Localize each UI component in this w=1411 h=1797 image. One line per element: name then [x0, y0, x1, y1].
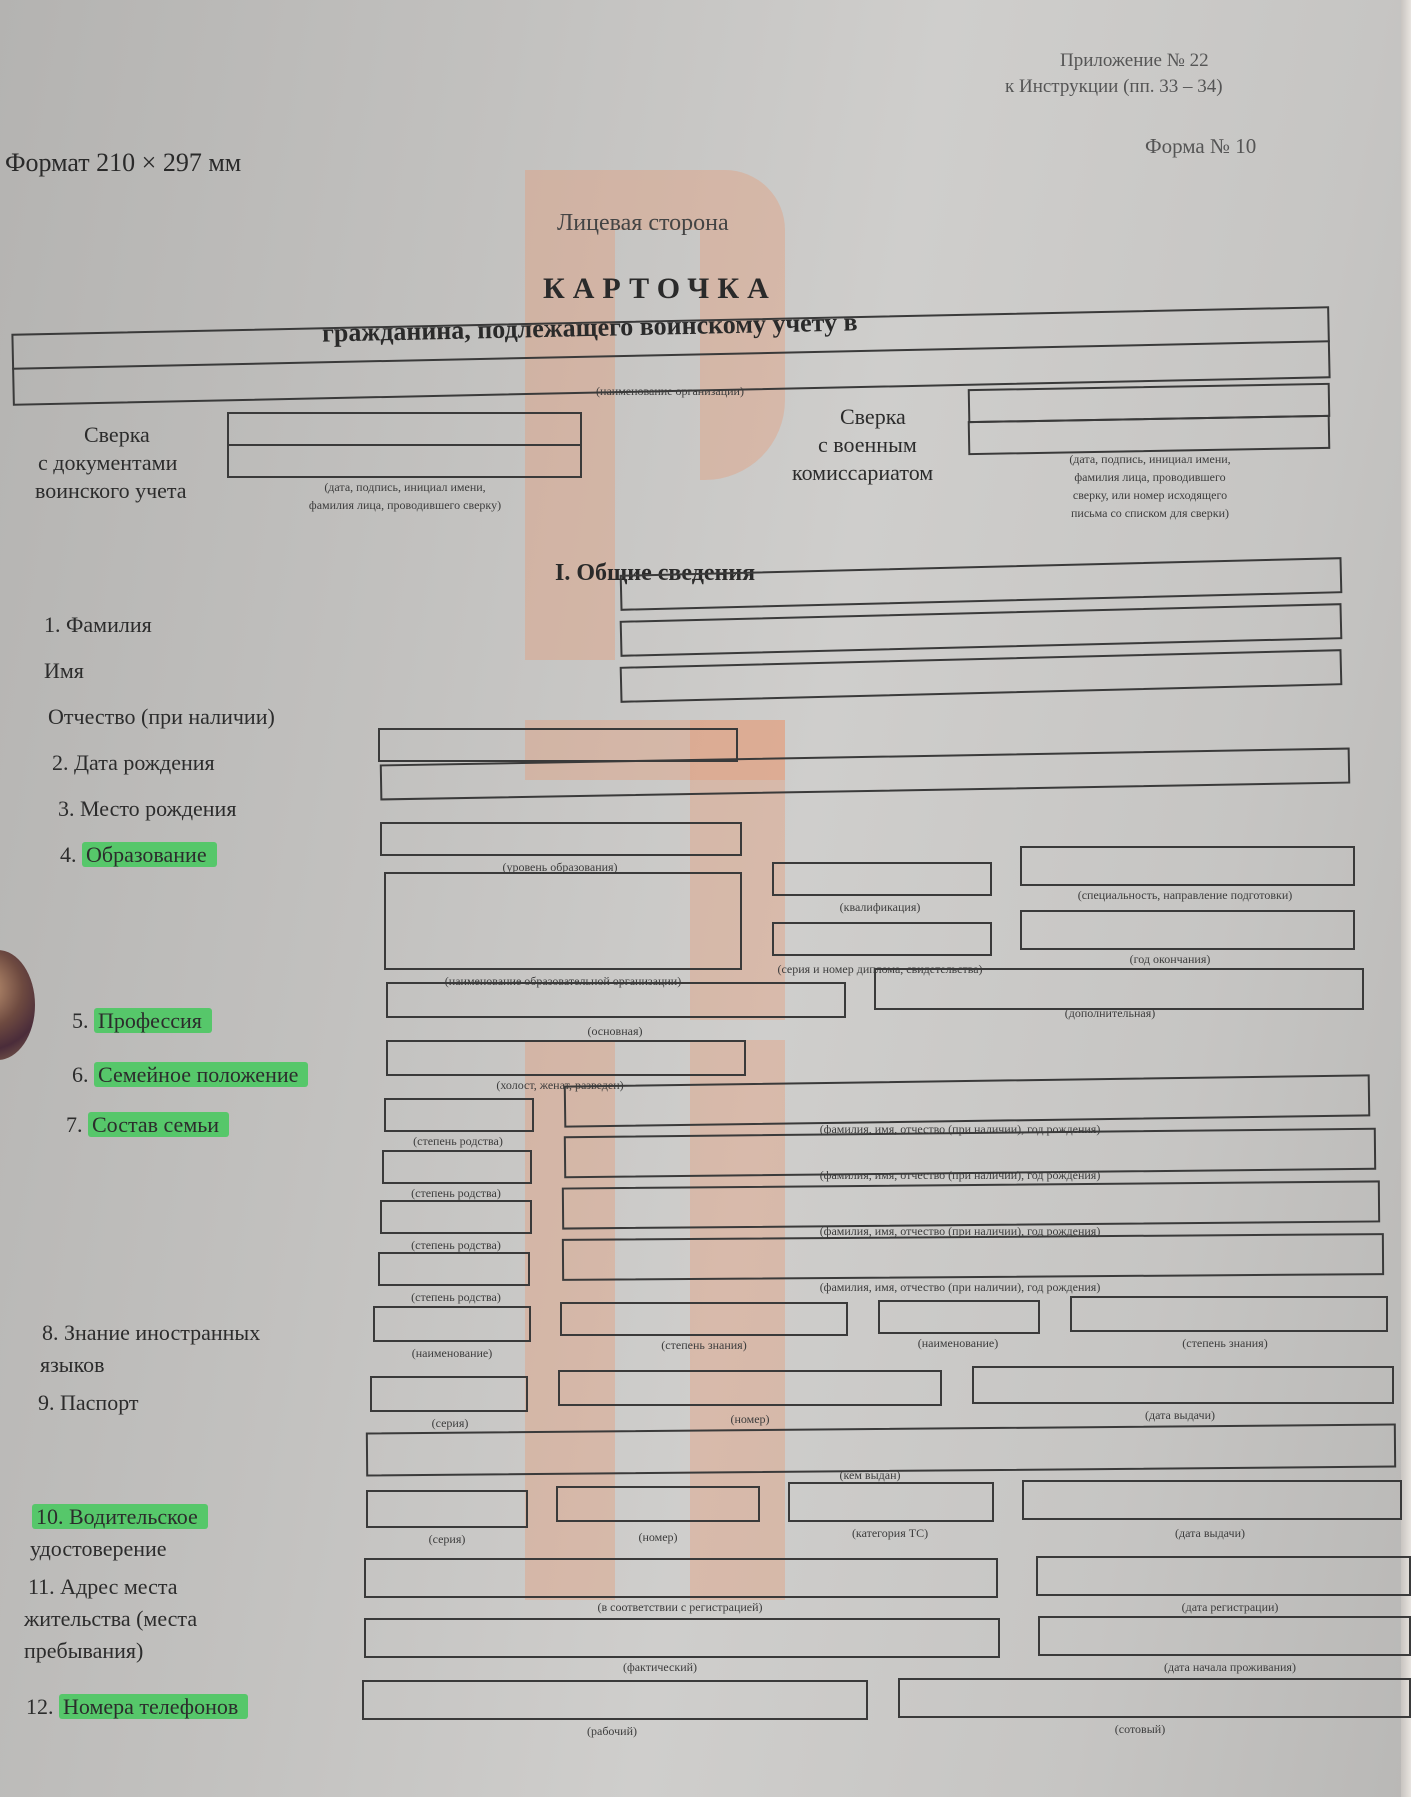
- kinship-field-2[interactable]: [382, 1150, 532, 1184]
- kinship-caption-1: (степень родства): [413, 1134, 503, 1149]
- kinship-field-4[interactable]: [378, 1252, 530, 1286]
- education-highlight: Образование: [82, 842, 217, 867]
- relative-field-4[interactable]: [562, 1233, 1384, 1281]
- family-label: 7. Состав семьи: [66, 1112, 229, 1138]
- format-label: Формат 210 × 297 мм: [5, 148, 241, 178]
- phone-work-field[interactable]: [362, 1680, 868, 1720]
- edu-org-field[interactable]: [384, 872, 742, 970]
- license-label-1: 10. Водительское: [32, 1504, 208, 1530]
- docs-recon-label-1: Сверка: [84, 422, 150, 448]
- passport-series-field[interactable]: [370, 1376, 528, 1412]
- lang-level-caption-1: (степень знания): [661, 1338, 746, 1353]
- surname-label: 1. Фамилия: [44, 612, 152, 638]
- side-label: Лицевая сторона: [557, 210, 729, 237]
- phones-label: 12. Номера телефонов: [26, 1694, 248, 1720]
- lang-name-caption-1: (наименование): [412, 1346, 493, 1361]
- phones-highlight: Номера телефонов: [59, 1694, 248, 1719]
- license-date-caption: (дата выдачи): [1175, 1526, 1245, 1541]
- kinship-field-1[interactable]: [384, 1098, 534, 1132]
- marital-number: 6.: [72, 1062, 89, 1087]
- birth-date-label: 2. Дата рождения: [52, 750, 215, 776]
- residence-start-caption: (дата начала проживания): [1164, 1660, 1296, 1675]
- license-category-field[interactable]: [788, 1482, 994, 1522]
- comm-recon-caption-2: фамилия лица, проводившего: [1074, 470, 1225, 485]
- profession-additional-caption: (дополнительная): [1065, 1006, 1156, 1021]
- marital-field[interactable]: [386, 1040, 746, 1076]
- education-level-field[interactable]: [380, 822, 742, 856]
- profession-additional-field[interactable]: [874, 968, 1364, 1010]
- comm-recon-caption-3: сверку, или номер исходящего: [1073, 488, 1227, 503]
- address-actual-caption: (фактический): [623, 1660, 697, 1675]
- reg-date-field[interactable]: [1036, 1556, 1411, 1596]
- page-edge: [1401, 0, 1411, 1797]
- marital-label: 6. Семейное положение: [72, 1062, 308, 1088]
- address-actual-field[interactable]: [364, 1618, 1000, 1658]
- residence-start-field[interactable]: [1038, 1616, 1411, 1656]
- card-title: КАРТОЧКА: [543, 272, 777, 306]
- passport-number-caption: (номер): [730, 1412, 769, 1427]
- birth-date-field[interactable]: [378, 728, 738, 762]
- kinship-caption-2: (степень родства): [411, 1186, 501, 1201]
- passport-date-field[interactable]: [972, 1366, 1394, 1404]
- relative-field-1[interactable]: [564, 1074, 1371, 1127]
- profession-label: 5. Профессия: [72, 1008, 212, 1034]
- family-number: 7.: [66, 1112, 83, 1137]
- comm-recon-field-2[interactable]: [968, 415, 1331, 455]
- relative-field-3[interactable]: [562, 1180, 1380, 1229]
- diploma-field[interactable]: [772, 922, 992, 956]
- family-highlight: Состав семьи: [88, 1112, 229, 1137]
- coin-object: [0, 950, 35, 1060]
- docs-recon-caption-2: фамилия лица, проводившего сверку): [309, 498, 501, 513]
- qualification-caption: (квалификация): [840, 900, 921, 915]
- docs-recon-field-1[interactable]: [227, 412, 582, 446]
- language-level-field-1[interactable]: [560, 1302, 848, 1336]
- docs-recon-field-2[interactable]: [227, 444, 582, 478]
- form-number: Форма № 10: [1145, 134, 1256, 159]
- passport-number-field[interactable]: [558, 1370, 942, 1406]
- address-label-3: пребывания): [24, 1638, 143, 1664]
- specialty-caption: (специальность, направление подготовки): [1078, 888, 1293, 903]
- appendix-line-2: к Инструкции (пп. 33 – 34): [1005, 76, 1223, 98]
- lang-name-caption-2: (наименование): [918, 1336, 999, 1351]
- license-number-caption: (номер): [638, 1530, 677, 1545]
- license-category-caption: (категория ТС): [852, 1526, 928, 1541]
- passport-label: 9. Паспорт: [38, 1390, 139, 1416]
- kinship-caption-4: (степень родства): [411, 1290, 501, 1305]
- languages-label-1: 8. Знание иностранных: [42, 1320, 260, 1346]
- passport-date-caption: (дата выдачи): [1145, 1408, 1215, 1423]
- passport-issued-by-caption: (кем выдан): [839, 1468, 900, 1483]
- education-label: 4. Образование: [60, 842, 217, 868]
- grad-year-field[interactable]: [1020, 910, 1355, 950]
- relative-caption-2: (фамилия, имя, отчество (при наличии), г…: [820, 1168, 1101, 1183]
- docs-recon-label-2: с документами: [38, 450, 177, 476]
- license-series-caption: (серия): [429, 1532, 466, 1547]
- comm-recon-label-3: комиссариатом: [792, 460, 933, 486]
- passport-series-caption: (серия): [432, 1416, 469, 1431]
- birth-place-label: 3. Место рождения: [58, 796, 236, 822]
- phone-work-caption: (рабочий): [587, 1724, 637, 1739]
- lang-level-caption-2: (степень знания): [1182, 1336, 1267, 1351]
- languages-label-2: языков: [40, 1352, 105, 1378]
- license-date-field[interactable]: [1022, 1480, 1402, 1520]
- docs-recon-label-3: воинского учета: [35, 478, 187, 504]
- comm-recon-label-1: Сверка: [840, 404, 906, 430]
- kinship-caption-3: (степень родства): [411, 1238, 501, 1253]
- language-level-field-2[interactable]: [1070, 1296, 1388, 1332]
- reg-date-caption: (дата регистрации): [1182, 1600, 1279, 1615]
- comm-recon-caption-1: (дата, подпись, инициал имени,: [1069, 452, 1230, 467]
- profession-main-field[interactable]: [386, 982, 846, 1018]
- phone-mobile-field[interactable]: [898, 1678, 1411, 1718]
- language-name-field-2[interactable]: [878, 1300, 1040, 1334]
- license-label-2: удостоверение: [30, 1536, 167, 1562]
- address-label-1: 11. Адрес места: [28, 1574, 178, 1600]
- comm-recon-label-2: с военным: [818, 432, 917, 458]
- address-registered-caption: (в соответствии с регистрацией): [597, 1600, 762, 1615]
- license-number-field[interactable]: [556, 1486, 760, 1522]
- patronymic-label: Отчество (при наличии): [48, 704, 275, 730]
- comm-recon-caption-4: письма со списком для сверки): [1071, 506, 1229, 521]
- name-field[interactable]: [620, 603, 1343, 657]
- relative-caption-4: (фамилия, имя, отчество (при наличии), г…: [820, 1280, 1101, 1295]
- license-highlight: 10. Водительское: [32, 1504, 208, 1529]
- education-number: 4.: [60, 842, 77, 867]
- address-registered-field[interactable]: [364, 1558, 998, 1598]
- grad-year-caption: (год окончания): [1130, 952, 1211, 967]
- profession-number: 5.: [72, 1008, 89, 1033]
- appendix-line-1: Приложение № 22: [1060, 50, 1209, 72]
- phones-number: 12.: [26, 1694, 54, 1719]
- qualification-field[interactable]: [772, 862, 992, 896]
- profession-main-caption: (основная): [588, 1024, 643, 1039]
- name-label: Имя: [44, 658, 84, 684]
- kinship-field-3[interactable]: [380, 1200, 532, 1234]
- docs-recon-caption-1: (дата, подпись, инициал имени,: [324, 480, 485, 495]
- profession-highlight: Профессия: [94, 1008, 212, 1033]
- phone-mobile-caption: (сотовый): [1115, 1722, 1165, 1737]
- language-name-field-1[interactable]: [373, 1306, 531, 1342]
- license-series-field[interactable]: [366, 1490, 528, 1528]
- specialty-field[interactable]: [1020, 846, 1355, 886]
- address-label-2: жительства (места: [24, 1606, 197, 1632]
- org-caption: (наименование организации): [596, 384, 744, 399]
- marital-highlight: Семейное положение: [94, 1062, 308, 1087]
- patronymic-field[interactable]: [620, 649, 1343, 703]
